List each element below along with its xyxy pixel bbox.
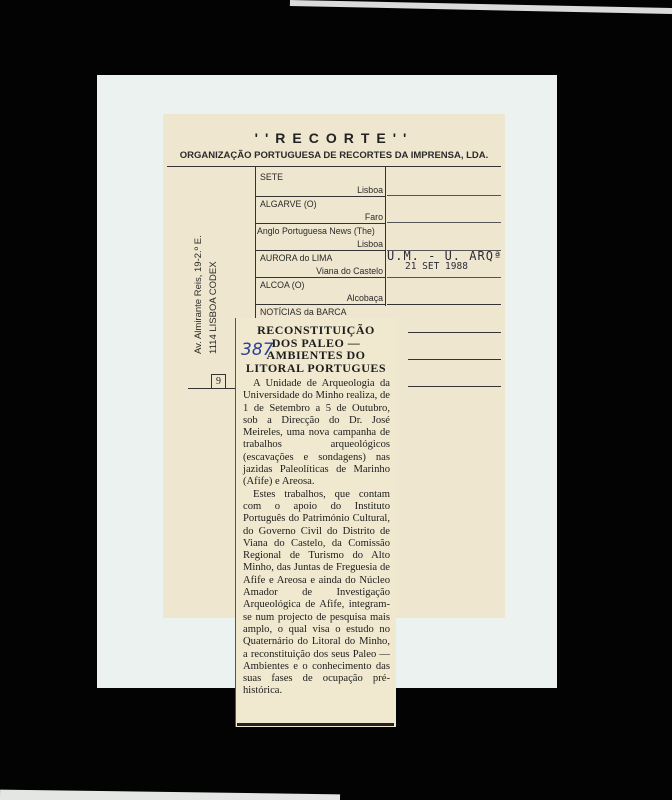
- stamp-date: 21 SET 1988: [405, 261, 468, 272]
- column-divider-right: [385, 166, 386, 306]
- clipping-bottom-rule: [237, 723, 394, 726]
- page-number-box: 9: [211, 374, 226, 389]
- entry-line: [387, 195, 501, 196]
- publication-row: NOTÍCIAS da BARCA: [255, 304, 385, 318]
- brand-title: ''RECORTE'': [163, 130, 505, 146]
- organization-name: ORGANIZAÇÃO PORTUGUESA DE RECORTES DA IM…: [163, 150, 505, 161]
- received-stamp: U.M. - U. ARQª 21 SET 1988: [387, 249, 502, 263]
- newspaper-clipping: RECONSTITUIÇÃO DOS PALEO — AMBIENTES DO …: [235, 318, 396, 727]
- scan-edge-bottom: [0, 790, 340, 800]
- title-line: RECONSTITUIÇÃO: [236, 324, 396, 337]
- address-line-2: 1114 LISBOA CODEX: [206, 235, 221, 354]
- article-paragraph: A Unidade de Arqueologia da Universidade…: [243, 378, 390, 489]
- publication-row: ALGARVE (O) Faro: [255, 196, 385, 222]
- article-paragraph: Estes trabalhos, que contam com o apoio …: [243, 489, 390, 698]
- entry-line: [408, 332, 501, 333]
- publication-row: ALCOA (O) Alcobaça: [255, 277, 385, 303]
- entry-line: [387, 277, 501, 278]
- scan-edge-top: [290, 0, 672, 14]
- publication-row: SETE Lisboa: [255, 169, 385, 195]
- publication-row: Anglo Portuguesa News (The) Lisboa: [255, 223, 385, 249]
- title-line: LITORAL PORTUGUES: [236, 362, 396, 375]
- entry-line: [387, 222, 501, 223]
- publication-row: AURORA do LIMA Viana do Castelo: [255, 250, 385, 276]
- address: Av. Almirante Reis, 19-2.º E. 1114 LISBO…: [191, 235, 221, 354]
- article-body: A Unidade de Arqueologia da Universidade…: [236, 378, 396, 698]
- header-rule: [167, 166, 501, 167]
- entry-line: [408, 386, 501, 387]
- address-line-1: Av. Almirante Reis, 19-2.º E.: [191, 235, 206, 354]
- entry-line: [387, 304, 501, 305]
- entry-line: [408, 359, 501, 360]
- handwritten-number: 387: [241, 340, 273, 360]
